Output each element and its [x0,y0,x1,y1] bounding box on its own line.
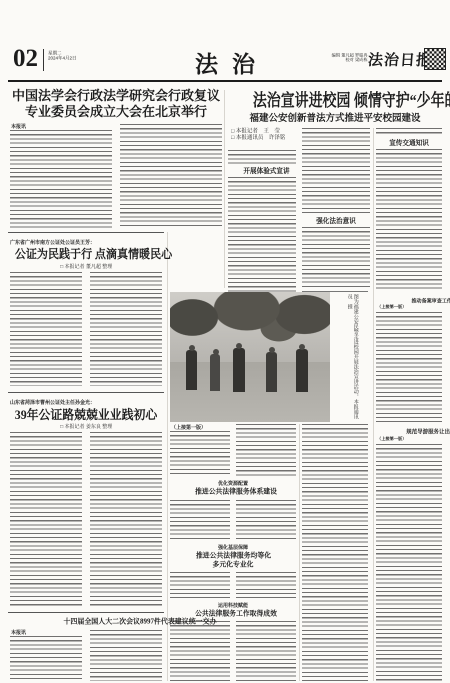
body-text-column [10,636,82,681]
column-rule [224,90,225,288]
body-text-column [10,130,112,228]
main-article-subtitle: 福建公安创新普法方式推进平安校园建设 [228,110,442,124]
body-text-column [376,128,442,136]
body-text-column [120,124,222,228]
body-text-column [90,272,162,386]
body-text-column [228,177,296,292]
photo-person [233,348,245,392]
article-lead: 本报讯 [11,628,26,636]
body-text-column [170,431,230,476]
body-text-column [376,149,442,290]
body-text-column [170,500,230,540]
proofreader-credit: 校对 梁成栋 [332,58,368,63]
body-text-column [236,500,296,540]
continued-marker: （上接第一版） [377,303,406,309]
column-rule [167,232,168,681]
body-text-column [10,432,82,606]
body-text-column [236,572,296,598]
photo-person [296,349,308,392]
qr-code-icon [424,48,446,70]
credits-block: 编辑 董凡超 罗聪冉 校对 梁成栋 [282,53,368,77]
article-admin-review-headline: 中国法学会行政法学研究会行政复议 专业委员会成立大会在北京举行 [10,88,222,120]
section-rule [8,232,164,233]
section-rule [8,392,164,393]
photo-caption-vertical: 图为福建公安民警走进校园开展法治宣讲活动。本报通讯员 摄 [334,294,352,420]
body-text-column [376,312,442,422]
article-lead: 本报讯 [11,122,26,130]
column-rule [299,424,300,681]
body-text-column [228,150,296,164]
masthead-logo: 法治日报 [367,49,432,70]
photo-person [266,352,277,392]
body-text-column [90,630,162,681]
body-text-column [376,444,442,681]
photo-person [210,354,220,391]
body-text-column [302,424,368,681]
body-text-column [236,424,296,476]
news-photo [170,292,330,422]
continued-marker: （上接第一版） [377,435,406,441]
body-text-column [170,621,230,681]
body-text-column [236,621,296,681]
newspaper-page: 02 星期二 2024年4月2日 法治 编辑 董凡超 罗聪冉 校对 梁成栋 法治… [0,0,450,683]
section-rule [8,612,164,613]
body-text-column [302,128,370,214]
photo-person [186,350,197,390]
body-text-column [170,572,230,598]
column-rule [373,128,374,681]
main-article-headline-shell: 法治宣讲进校园 倾情守护“少年的你” [228,86,442,111]
body-text-column [302,227,370,288]
body-text-column [90,432,162,606]
continued-marker: （上接第一版） [171,423,206,431]
header-rule [8,80,442,82]
body-text-column [10,272,82,386]
main-article-headline: 法治宣讲进校园 倾情守护“少年的你” [253,86,450,111]
